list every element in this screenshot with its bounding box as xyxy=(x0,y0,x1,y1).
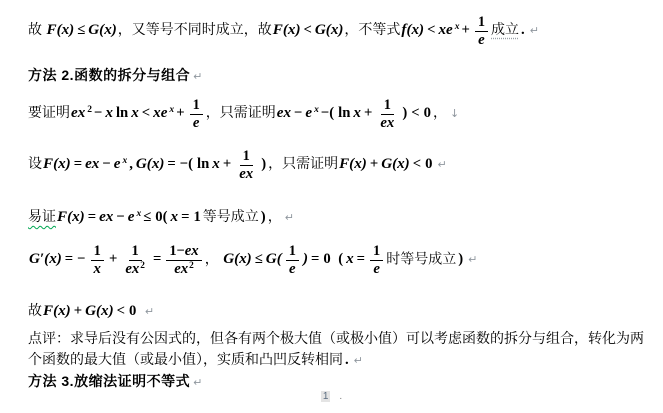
math-variable: e xyxy=(127,209,136,225)
fraction: 1x xyxy=(91,244,104,278)
math-operator: . xyxy=(519,22,527,38)
text-run: ， xyxy=(205,252,223,267)
math-variable: f(x) xyxy=(400,22,425,38)
math-operator: 0 xyxy=(127,303,138,319)
math-variable: ex xyxy=(276,105,292,121)
fraction-numerator: 1 xyxy=(240,149,253,166)
math-variable: x xyxy=(345,251,355,267)
fraction-numerator: 1 xyxy=(129,244,142,261)
math-operator: < xyxy=(411,156,423,172)
math-operator: 0 xyxy=(321,251,332,267)
paragraph-mark-icon: ↵ xyxy=(465,253,477,266)
superscript: x xyxy=(122,154,127,166)
math-operator: 1 xyxy=(193,97,200,113)
math-variable: e xyxy=(193,115,200,131)
fraction-numerator: 1 xyxy=(286,244,299,261)
fraction: 1e xyxy=(370,244,383,278)
math-operator: + xyxy=(459,22,471,38)
math-variable: xe xyxy=(437,22,453,38)
fraction-numerator: 1−ex xyxy=(166,244,201,262)
text-run: ，不等式 xyxy=(344,23,400,38)
fraction-numerator: 1 xyxy=(381,98,394,115)
math-operator: 0 xyxy=(422,105,433,121)
math-operator: 1 xyxy=(94,243,101,259)
math-variable: ex xyxy=(380,115,394,131)
fraction-denominator: x xyxy=(91,261,104,278)
fraction-numerator: 1 xyxy=(190,98,203,115)
math-operator: = xyxy=(355,251,367,267)
math-variable: G(x) xyxy=(314,22,345,38)
math-variable: G( xyxy=(265,251,283,267)
superscript: x xyxy=(169,104,174,116)
fraction-denominator: ex2 xyxy=(122,261,148,278)
text-run: 点评：求导后没有公因式的，但各有两个极大值（或极小值）可以考虑函数的拆分与组合，… xyxy=(28,332,644,368)
math-operator: < xyxy=(140,105,152,121)
text-run: ， xyxy=(268,210,282,225)
math-variable: F(x) xyxy=(42,303,72,319)
math-operator: ln xyxy=(195,156,211,172)
math-operator: < xyxy=(425,22,437,38)
page-number: 1 xyxy=(321,391,331,402)
text-run: 方法 3.放缩法证明不等式 xyxy=(28,373,190,389)
text-run: 方法 2.函数的拆分与组合 xyxy=(28,67,190,83)
fraction: 1e xyxy=(286,244,299,278)
fraction-denominator: ex xyxy=(236,166,256,183)
math-variable: F(x) xyxy=(338,156,368,172)
math-variable: x xyxy=(104,105,114,121)
math-variable: G(x) xyxy=(222,251,253,267)
math-operator: ≤ xyxy=(75,22,87,38)
math-variable: ex xyxy=(239,166,253,182)
superscript: x xyxy=(136,208,141,220)
math-operator: + xyxy=(107,251,119,267)
math-operator: −( xyxy=(319,105,336,121)
para-to-prove: 要证明ex2−xlnx<xex+1e，只需证明ex−ex−(lnx+1ex)<0… xyxy=(28,97,655,131)
math-operator: − xyxy=(75,251,87,267)
math-operator: + xyxy=(221,156,233,172)
paragraph-mark-icon: ↵ xyxy=(527,24,539,37)
text-run-grammar-underline: 易证 xyxy=(28,210,56,225)
page-footer: 1. xyxy=(0,391,663,402)
math-operator: 2 xyxy=(189,261,194,271)
text-run: 设 xyxy=(28,157,42,172)
math-variable: e xyxy=(373,261,380,277)
math-variable: F(x) xyxy=(56,209,86,225)
math-operator: 2 xyxy=(87,105,92,115)
paragraph-mark-icon: ↵ xyxy=(190,376,202,389)
math-variable: ex xyxy=(125,261,139,277)
math-operator: 1 xyxy=(191,209,202,225)
paragraph-mark-icon: ↵ xyxy=(351,354,363,367)
math-operator: + xyxy=(174,105,186,121)
math-operator: ln xyxy=(336,105,352,121)
text-run: ，又等号不同时成立，故 xyxy=(118,23,272,38)
math-operator: 0( xyxy=(153,209,169,225)
math-operator: ≤ xyxy=(141,209,153,225)
math-operator: < xyxy=(115,303,127,319)
math-operator: ) xyxy=(259,156,268,172)
math-operator: ) xyxy=(259,209,268,225)
fraction-numerator: 1 xyxy=(475,15,488,32)
math-variable: x xyxy=(455,22,460,32)
math-variable: x xyxy=(211,156,221,172)
fraction-numerator: 1 xyxy=(370,244,383,261)
math-operator: 1 xyxy=(373,243,380,259)
math-operator: < xyxy=(302,22,314,38)
math-operator: 1 xyxy=(132,243,139,259)
text-run: 时等号成立 xyxy=(386,252,456,267)
math-operator: ) xyxy=(456,251,465,267)
math-operator: − xyxy=(92,105,104,121)
superscript: 2 xyxy=(140,262,145,272)
math-variable: x xyxy=(94,261,101,277)
page-number-dot: . xyxy=(339,391,342,402)
text-run: 故 xyxy=(28,304,42,319)
paragraph-mark-icon: ↵ xyxy=(282,211,294,224)
paragraph-mark-icon: ↵ xyxy=(434,158,446,171)
math-operator: = xyxy=(165,156,177,172)
fraction: 1ex2 xyxy=(122,244,148,278)
para-heading-method-3: 方法 3.放缩法证明不等式↵ xyxy=(28,372,655,392)
math-variable: G(x) xyxy=(87,22,118,38)
math-operator: − xyxy=(114,209,126,225)
para-heading-method-2: 方法 2.函数的拆分与组合↵ xyxy=(28,66,655,86)
text-run: ，只需证明 xyxy=(268,157,338,172)
math-operator: + xyxy=(362,105,374,121)
text-run: ， xyxy=(433,106,447,121)
math-operator: 2 xyxy=(140,261,145,271)
fraction-denominator: e xyxy=(475,32,488,49)
para-easy-proof-fx: 易证F(x)=ex−ex≤0(x=1等号成立)，↵ xyxy=(28,208,655,228)
superscript: 2 xyxy=(189,262,194,272)
math-operator: < xyxy=(409,105,421,121)
math-operator: = xyxy=(151,251,163,267)
math-variable: ex xyxy=(84,156,100,172)
math-operator: − xyxy=(292,105,304,121)
text-run: 等号成立 xyxy=(203,210,259,225)
paragraph-mark-icon: ↵ xyxy=(142,305,154,318)
math-variable: ex xyxy=(98,209,114,225)
math-variable: ex xyxy=(185,243,199,259)
math-operator: + xyxy=(72,303,84,319)
math-operator: 1 xyxy=(243,148,250,164)
para-conclusion-fx-gx: 故 F(x)≤G(x)，又等号不同时成立，故F(x)<G(x)，不等式f(x)<… xyxy=(28,14,655,48)
math-variable: x xyxy=(170,209,180,225)
math-variable: x xyxy=(136,209,141,219)
math-variable: G(x) xyxy=(135,156,166,172)
math-variable: e xyxy=(304,105,313,121)
math-operator: ( xyxy=(336,251,345,267)
math-operator: = xyxy=(63,251,75,267)
fraction-denominator: e xyxy=(190,115,203,132)
math-operator: = xyxy=(309,251,321,267)
document-page: 故 F(x)≤G(x)，又等号不同时成立，故F(x)<G(x)，不等式f(x)<… xyxy=(0,0,663,392)
math-variable: xe xyxy=(152,105,168,121)
fraction: 1−exex2 xyxy=(166,244,201,278)
math-operator: . xyxy=(343,352,351,368)
math-operator: = xyxy=(86,209,98,225)
superscript: x xyxy=(455,21,460,33)
math-variable: x xyxy=(169,105,174,115)
paragraph-mark-icon: ↓ xyxy=(447,107,459,120)
math-operator: + xyxy=(368,156,380,172)
math-operator: ≤ xyxy=(253,251,265,267)
superscript: 2 xyxy=(87,104,92,116)
math-operator: , xyxy=(127,156,135,172)
math-variable: x xyxy=(314,105,319,115)
math-variable: x xyxy=(130,105,140,121)
math-operator: = xyxy=(179,209,191,225)
math-variable: ex xyxy=(174,261,188,277)
math-operator: − xyxy=(100,156,112,172)
fraction-numerator: 1 xyxy=(91,244,104,261)
math-variable: F(x) xyxy=(272,22,302,38)
math-operator: −( xyxy=(178,156,195,172)
math-variable: G(x) xyxy=(84,303,115,319)
fraction-denominator: ex xyxy=(377,115,397,132)
math-variable: e xyxy=(289,261,296,277)
math-variable: x xyxy=(352,105,362,121)
para-define-fx-gx: 设F(x)=ex−ex,G(x)=−(lnx+1ex)，只需证明F(x)+G(x… xyxy=(28,148,655,182)
fraction-denominator: e xyxy=(370,261,383,278)
math-operator: 0 xyxy=(423,156,434,172)
superscript: x xyxy=(314,104,319,116)
math-operator: = xyxy=(72,156,84,172)
para-commentary: 点评：求导后没有公因式的，但各有两个极大值（或极小值）可以考虑函数的拆分与组合，… xyxy=(28,330,655,372)
math-variable: ) xyxy=(302,251,309,267)
fraction: 1e xyxy=(475,15,488,49)
math-variable: e xyxy=(478,32,485,48)
text-run: 要证明 xyxy=(28,106,70,121)
fraction: 1e xyxy=(190,98,203,132)
math-variable: x xyxy=(122,155,127,165)
fraction: 1ex xyxy=(236,149,256,183)
text-run: ，只需证明 xyxy=(206,106,276,121)
math-operator: ln xyxy=(114,105,130,121)
math-operator: 1 xyxy=(384,97,391,113)
math-operator: 1 xyxy=(289,243,296,259)
math-variable: ex xyxy=(70,105,86,121)
math-variable: e xyxy=(113,156,122,172)
para-hence-sum-negative: 故F(x)+G(x)<0 ↵ xyxy=(28,302,655,322)
math-operator: 1 xyxy=(478,14,485,30)
text-run-dotted-underline: 成立 xyxy=(491,23,519,38)
paragraph-mark-icon: ↵ xyxy=(190,70,202,83)
para-derivative-gx: G′(x)=−1x+1ex2=1−exex2， G(x)≤G(1e)=0 (x=… xyxy=(28,243,655,277)
text-run: 故 xyxy=(28,23,46,38)
fraction: 1ex xyxy=(377,98,397,132)
math-variable: G′(x) xyxy=(28,251,63,267)
math-variable: F(x) xyxy=(42,156,72,172)
fraction-denominator: e xyxy=(286,261,299,278)
fraction-denominator: ex2 xyxy=(171,261,197,278)
math-variable: G(x) xyxy=(380,156,411,172)
math-variable: F(x) xyxy=(46,22,76,38)
math-operator: ) xyxy=(400,105,409,121)
